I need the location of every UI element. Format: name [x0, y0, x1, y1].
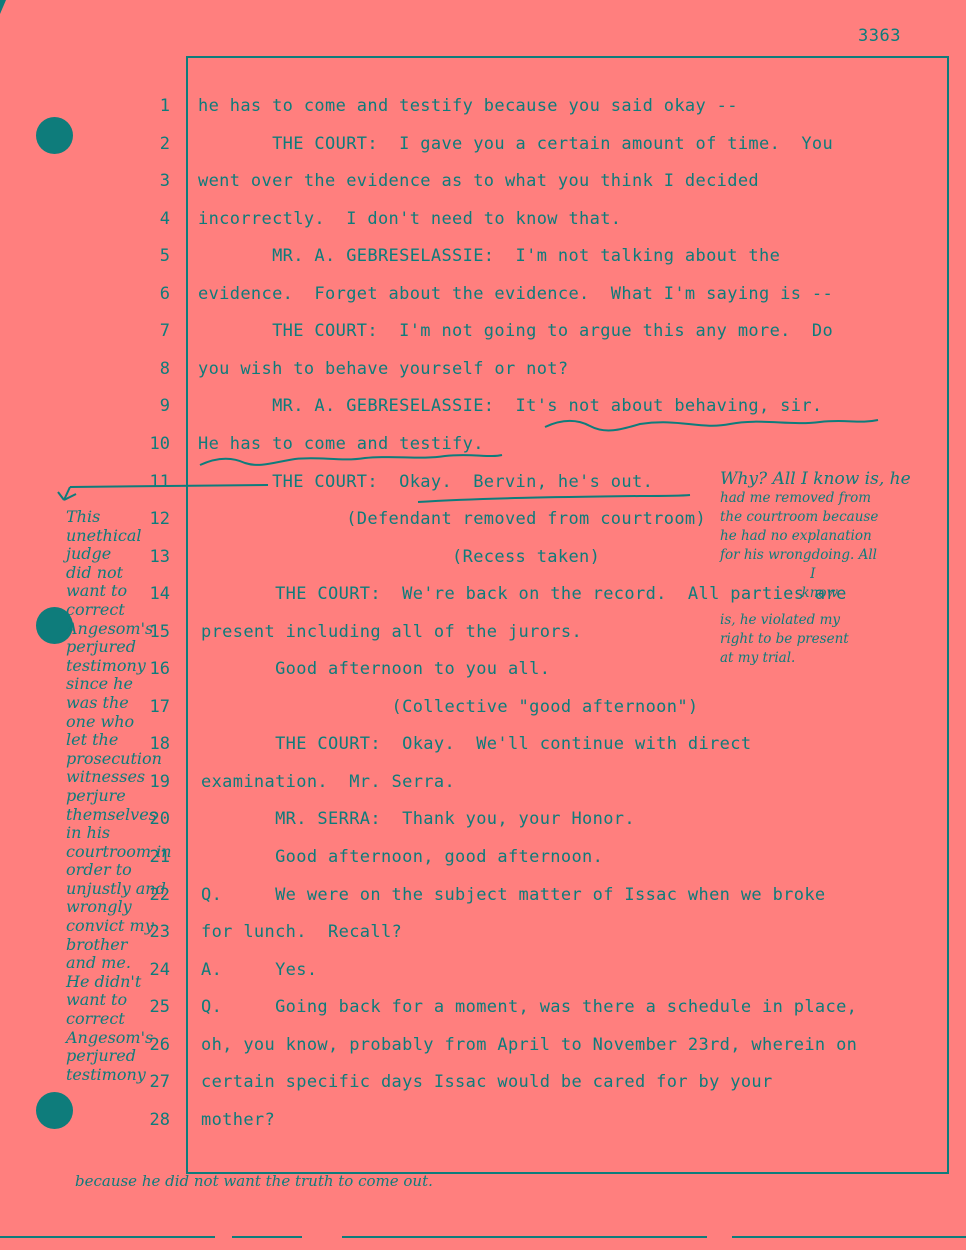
transcript-line: THE COURT: I'm not going to argue this a… [198, 321, 833, 341]
transcript-line: went over the evidence as to what you th… [198, 171, 759, 191]
left-note-line: testimony [66, 1066, 166, 1085]
binder-hole [36, 1092, 73, 1129]
left-note-line: unjustly and [66, 880, 166, 899]
footer-rule [232, 1236, 302, 1238]
transcript-line: MR. A. GEBRESELASSIE: I'm not talking ab… [198, 246, 780, 266]
left-note-line: let the [66, 731, 166, 750]
left-note-line: want to [66, 991, 166, 1010]
transcript-line: present including all of the jurors. [201, 622, 582, 642]
left-note-line: Angesom's [66, 620, 166, 639]
right-note-line: right to be present [720, 630, 960, 649]
left-note-line: Angesom's [66, 1029, 166, 1048]
transcript-line: incorrectly. I don't need to know that. [198, 209, 621, 229]
transcript-line: A. Yes. [201, 960, 317, 980]
transcript-line: Good afternoon, good afternoon. [201, 847, 603, 867]
transcript-line: he has to come and testify because you s… [198, 96, 738, 116]
right-note-line: the courtroom because [720, 508, 960, 527]
left-note-line: was the [66, 694, 166, 713]
left-note-line: This [66, 508, 166, 527]
left-margin-note: Thisunethicaljudgedid notwant tocorrectA… [66, 508, 166, 1084]
transcript-line: oh, you know, probably from April to Nov… [201, 1035, 857, 1055]
left-note-line: testimony [66, 657, 166, 676]
transcript-line: mother? [201, 1110, 275, 1130]
right-note-line: I [720, 565, 960, 584]
transcript-line: for lunch. Recall? [201, 922, 402, 942]
transcript-line: Good afternoon to you all. [201, 659, 550, 679]
footer-rule [732, 1236, 966, 1238]
right-note-line: know [720, 584, 960, 603]
line-number: 8 [130, 359, 170, 379]
transcript-line: MR. A. GEBRESELASSIE: It's not about beh… [198, 396, 823, 416]
left-note-line: since he [66, 675, 166, 694]
right-note-line: he had no explanation [720, 527, 960, 546]
line-number: 11 [130, 472, 170, 492]
left-note-line: perjured [66, 1047, 166, 1066]
line-number: 28 [130, 1110, 170, 1130]
transcript-line: examination. Mr. Serra. [201, 772, 455, 792]
bottom-note: because he did not want the truth to com… [75, 1174, 433, 1189]
transcript-line: He has to come and testify. [198, 434, 484, 454]
line-number: 9 [130, 396, 170, 416]
right-margin-note: Why? All I know is, hehad me removed fro… [720, 470, 960, 668]
line-number: 10 [130, 434, 170, 454]
line-number: 6 [130, 284, 170, 304]
right-note-line: is, he violated my [720, 611, 960, 630]
right-note-line: at my trial. [720, 649, 960, 668]
left-note-line: convict my [66, 917, 166, 936]
left-note-line: did not [66, 564, 166, 583]
line-number: 5 [130, 246, 170, 266]
transcript-line: (Defendant removed from courtroom) [198, 509, 706, 529]
transcript-line: certain specific days Issac would be car… [201, 1072, 773, 1092]
left-note-line: order to [66, 861, 166, 880]
left-note-line: correct [66, 1010, 166, 1029]
right-note-line: for his wrongdoing. All [720, 546, 960, 565]
left-note-line: wrongly [66, 898, 166, 917]
line-number: 2 [130, 134, 170, 154]
transcript-line: you wish to behave yourself or not? [198, 359, 568, 379]
right-note-line: had me removed from [720, 489, 960, 508]
left-note-line: and me. [66, 954, 166, 973]
left-note-line: perjure [66, 787, 166, 806]
line-number: 1 [130, 96, 170, 116]
transcript-line: (Recess taken) [198, 547, 600, 567]
transcript-line: Q. We were on the subject matter of Issa… [201, 885, 826, 905]
left-note-line: one who [66, 713, 166, 732]
left-note-line: in his [66, 824, 166, 843]
binder-hole [36, 117, 73, 154]
page-number: 3363 [858, 26, 901, 46]
corner-mark [0, 0, 6, 14]
transcript-line: THE COURT: Okay. We'll continue with dir… [201, 734, 751, 754]
line-number: 4 [130, 209, 170, 229]
left-note-line: He didn't [66, 973, 166, 992]
left-note-line: themselves [66, 806, 166, 825]
transcript-line: MR. SERRA: Thank you, your Honor. [201, 809, 635, 829]
right-note-line: Why? All I know is, he [720, 470, 960, 489]
transcript-line: evidence. Forget about the evidence. Wha… [198, 284, 833, 304]
left-note-line: courtroom in [66, 843, 166, 862]
left-note-line: unethical [66, 527, 166, 546]
left-note-line: correct [66, 601, 166, 620]
left-note-line: brother [66, 936, 166, 955]
line-number: 7 [130, 321, 170, 341]
transcript-line: (Collective "good afternoon") [201, 697, 699, 717]
left-note-line: prosecution [66, 750, 166, 769]
transcript-line: THE COURT: I gave you a certain amount o… [198, 134, 833, 154]
left-note-line: perjured [66, 638, 166, 657]
left-note-line: judge [66, 545, 166, 564]
transcript-line: THE COURT: Okay. Bervin, he's out. [198, 472, 653, 492]
footer-rule [0, 1236, 215, 1238]
footer-rule [342, 1236, 707, 1238]
left-note-line: want to [66, 582, 166, 601]
transcript-line: Q. Going back for a moment, was there a … [201, 997, 857, 1017]
left-note-line: witnesses [66, 768, 166, 787]
line-number: 3 [130, 171, 170, 191]
